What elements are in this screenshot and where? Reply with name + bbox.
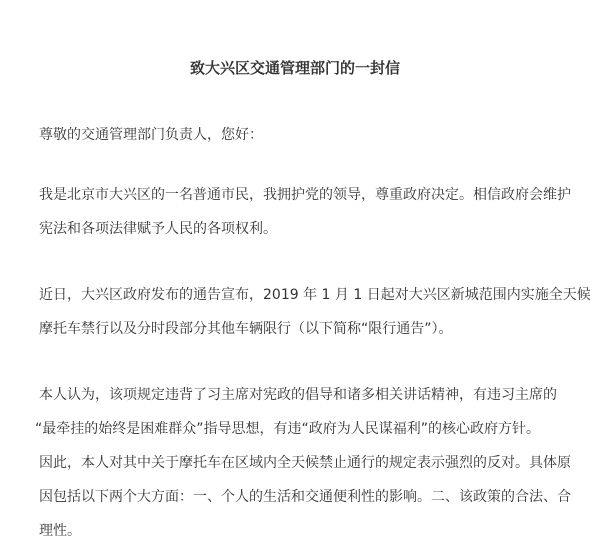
paragraph-introduction: 我是北京市大兴区的一名普通市民，我拥护党的领导，尊重政府决定。相信政府会维护 宪… — [39, 178, 559, 246]
paragraph-line: 近日，大兴区政府发布的通告宣布，2019 年 1 月 1 日起对大兴区新城范围内… — [39, 278, 559, 312]
paragraph-line: 因包括以下两个大方面：一、个人的生活和交通便利性的影响。二、该政策的合法、合 — [39, 480, 559, 514]
paragraph-line: “最牵挂的始终是困难群众”指导思想，有违“政府为人民谋福利”的核心政府方针。 — [35, 412, 559, 446]
paragraph-line: 因此，本人对其中关于摩托车在区域内全天候禁止通行的规定表示强烈的反对。具体原 — [39, 446, 559, 480]
paragraph-line: 我是北京市大兴区的一名普通市民，我拥护党的领导，尊重政府决定。相信政府会维护 — [39, 178, 559, 212]
paragraph-notice: 近日，大兴区政府发布的通告宣布，2019 年 1 月 1 日起对大兴区新城范围内… — [39, 278, 559, 346]
paragraph-opinion: 本人认为，该项规定违背了习主席对宪政的倡导和诸多相关讲话精神，有违习主席的 “最… — [39, 378, 559, 548]
paragraph-line: 宪法和各项法律赋予人民的各项权利。 — [39, 212, 559, 246]
letter-title: 致大兴区交通管理部门的一封信 — [0, 57, 590, 78]
letter-greeting: 尊敬的交通管理部门负责人，您好： — [39, 118, 559, 152]
paragraph-line: 摩托车禁行以及分时段部分其他车辆限行（以下简称“限行通告”）。 — [39, 312, 559, 346]
paragraph-line: 理性。 — [39, 514, 559, 548]
letter-document: 致大兴区交通管理部门的一封信 尊敬的交通管理部门负责人，您好： 我是北京市大兴区… — [0, 0, 590, 553]
paragraph-line: 本人认为，该项规定违背了习主席对宪政的倡导和诸多相关讲话精神，有违习主席的 — [39, 378, 559, 412]
greeting-text: 尊敬的交通管理部门负责人，您好： — [39, 118, 559, 152]
